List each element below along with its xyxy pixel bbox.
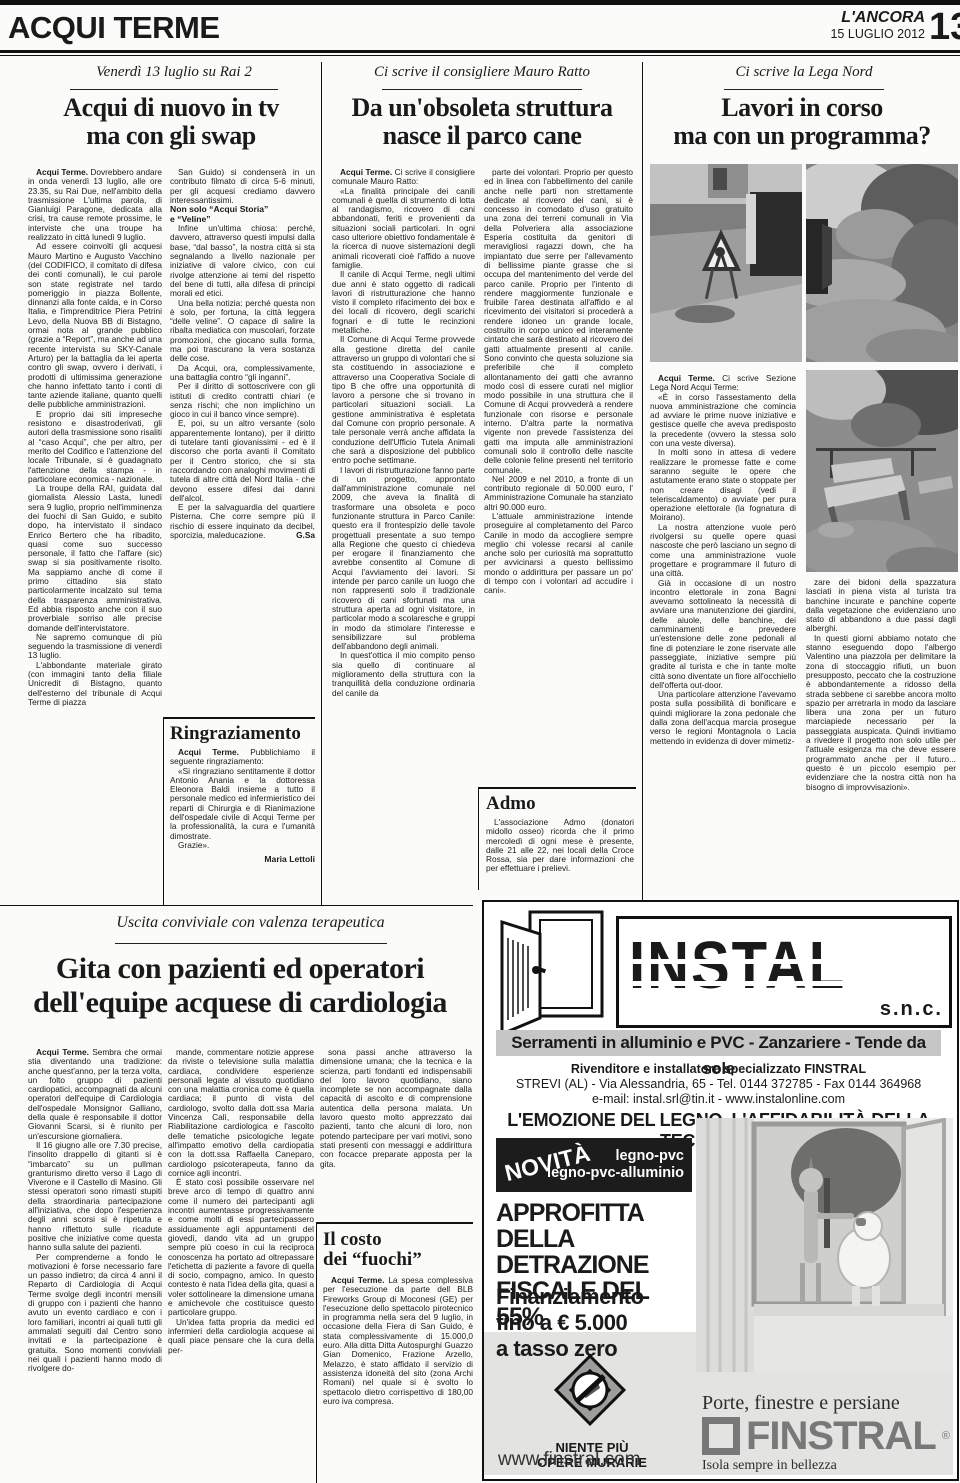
finstral-window-photo [696,1118,953,1372]
admo-left-rule [478,787,479,890]
gita-headline: Gita con pazienti ed operatori dell'equi… [0,952,480,1020]
ringraziamento-body: Acqui Terme. Pubblichiamo il seguente ri… [170,748,315,850]
ad-website: www.finstral.com [498,1449,641,1471]
fuochi-left-rule [316,1222,317,1483]
ad-address-line: STREVI (AL) - Via Alessandria, 65 - Tel.… [484,1077,953,1091]
roadworks-photo [650,164,802,362]
ad-novita-box: NOVITÀ legno-pvc legno-pvc-alluminio [496,1138,692,1192]
tv-col1: Acqui Terme. Dovrebbero andare in onda v… [28,168,162,905]
finstral-logo-row: FINSTRAL ® [702,1416,950,1456]
newspaper-page: ACQUI TERME L'ANCORA 15 LUGLIO 2012 13 V… [0,0,960,1483]
fuochi-article: Il costo dei “fuochi” Acqui Terme. La sp… [323,1230,473,1480]
finstral-wordmark: FINSTRAL [746,1416,936,1456]
paper-masthead: L'ANCORA 15 LUGLIO 2012 [790,10,925,41]
tv-col2-rest: Infine un'ultima chiosa: perché, davvero… [170,224,315,540]
finstral-subline: Isola sempre in bellezza [702,1458,837,1474]
tv-col2-intro: San Guido) si condenserà in un contribut… [170,168,315,205]
lavori-col1: Acqui Terme. Ci scrive Sezione Lega Nord… [650,374,796,902]
gita-eyebrow: Uscita conviviale con valenza terapeutic… [28,914,473,932]
instal-logo-box: INSTAL s.n.c. [616,916,952,1028]
gita-col2: mande, commentare notizie apprese da riv… [168,1048,314,1483]
header-top-rule [0,0,960,5]
page-number: 13 [929,8,960,46]
fuochi-top-rule [316,1222,473,1224]
parco-col2: parte dei volontari. Proprio per questo … [484,168,633,768]
instal-ad: INSTAL s.n.c. Serramenti in alluminio e … [482,900,959,1481]
instal-snc: s.n.c. [880,998,943,1021]
open-window-icon [496,908,608,1041]
ad-tagline-bar: Serramenti in alluminio e PVC - Zanzarie… [496,1030,941,1056]
instal-stencil-gap-1 [625,959,885,964]
parco-eyebrow-rule [382,89,582,90]
header-bottom-rule-thin [0,55,960,56]
admo-body: L'associazione Admo (donatori midollo os… [486,818,634,874]
fuochi-body: Acqui Terme. La spesa complessiva per l'… [323,1276,473,1406]
instal-stencil-gap-2 [625,981,885,986]
ringraziamento-top-rule [163,717,315,719]
ringraziamento-article: Ringraziamento Acqui Terme. Pubblichiamo… [170,724,315,904]
admo-title: Admo [486,794,634,814]
lavori-eyebrow: Ci scrive la Lega Nord [650,64,958,81]
paper-date: 15 LUGLIO 2012 [790,27,925,41]
parco-col1: Acqui Terme. Ci scrive il consigliere co… [332,168,475,903]
divider-1 [321,62,322,905]
ringraziamento-title: Ringraziamento [170,724,315,744]
finstral-square-icon [702,1417,740,1455]
dumpster-vegetation-photo [806,164,958,362]
tv-eyebrow: Venerdì 13 luglio su Rai 2 [28,64,320,81]
paper-name: L'ANCORA [790,10,925,27]
tv-eyebrow-rule [70,89,278,90]
no-masonry-badge-icon [542,1342,638,1443]
finstral-tagline: Porte, finestre e persiane [702,1392,900,1415]
overgrown-bench-photo [806,370,958,572]
finstral-registered-mark: ® [942,1430,950,1442]
tv-headline: Acqui di nuovo in tv ma con gli swap [18,94,324,150]
tv-col2: San Guido) si condenserà in un contribut… [170,168,315,717]
ad-novita-items: legno-pvc legno-pvc-alluminio [547,1148,684,1182]
ad-dealer-line: Rivenditore e installatore specializzato… [484,1062,953,1076]
gita-col1: Acqui Terme. Sembra che ormai stia diven… [28,1048,162,1483]
instal-logo: INSTAL [629,933,846,1000]
section-title: ACQUI TERME [8,12,220,43]
gita-top-rule [0,905,473,906]
ringraziamento-signature: Maria Lettoli [170,854,315,864]
gita-col3: sona passi anche attraverso la dimension… [320,1048,472,1216]
ad-email-line: e-mail: instal.srl@tin.it - www.instalon… [484,1092,953,1106]
admo-article: Admo L'associazione Admo (donatori midol… [486,794,634,890]
tv-subhead: Non solo “Acqui Storia” e “Veline” [170,205,315,224]
divider-2 [642,62,643,900]
lavori-headline: Lavori in corso ma con un programma? [644,94,960,150]
fuochi-title: Il costo dei “fuochi” [323,1230,473,1270]
lavori-col2: zare dei bidoni della spazzatura lasciat… [806,578,956,902]
parco-headline: Da un'obsoleta struttura nasce il parco … [326,94,638,150]
header-bottom-rule-thick [0,50,960,53]
lavori-eyebrow-rule [724,89,884,90]
admo-top-rule [478,787,636,789]
gita-eyebrow-rule [115,943,387,944]
parco-eyebrow: Ci scrive il consigliere Mauro Ratto [332,64,632,81]
ringraziamento-left-rule [163,717,164,905]
